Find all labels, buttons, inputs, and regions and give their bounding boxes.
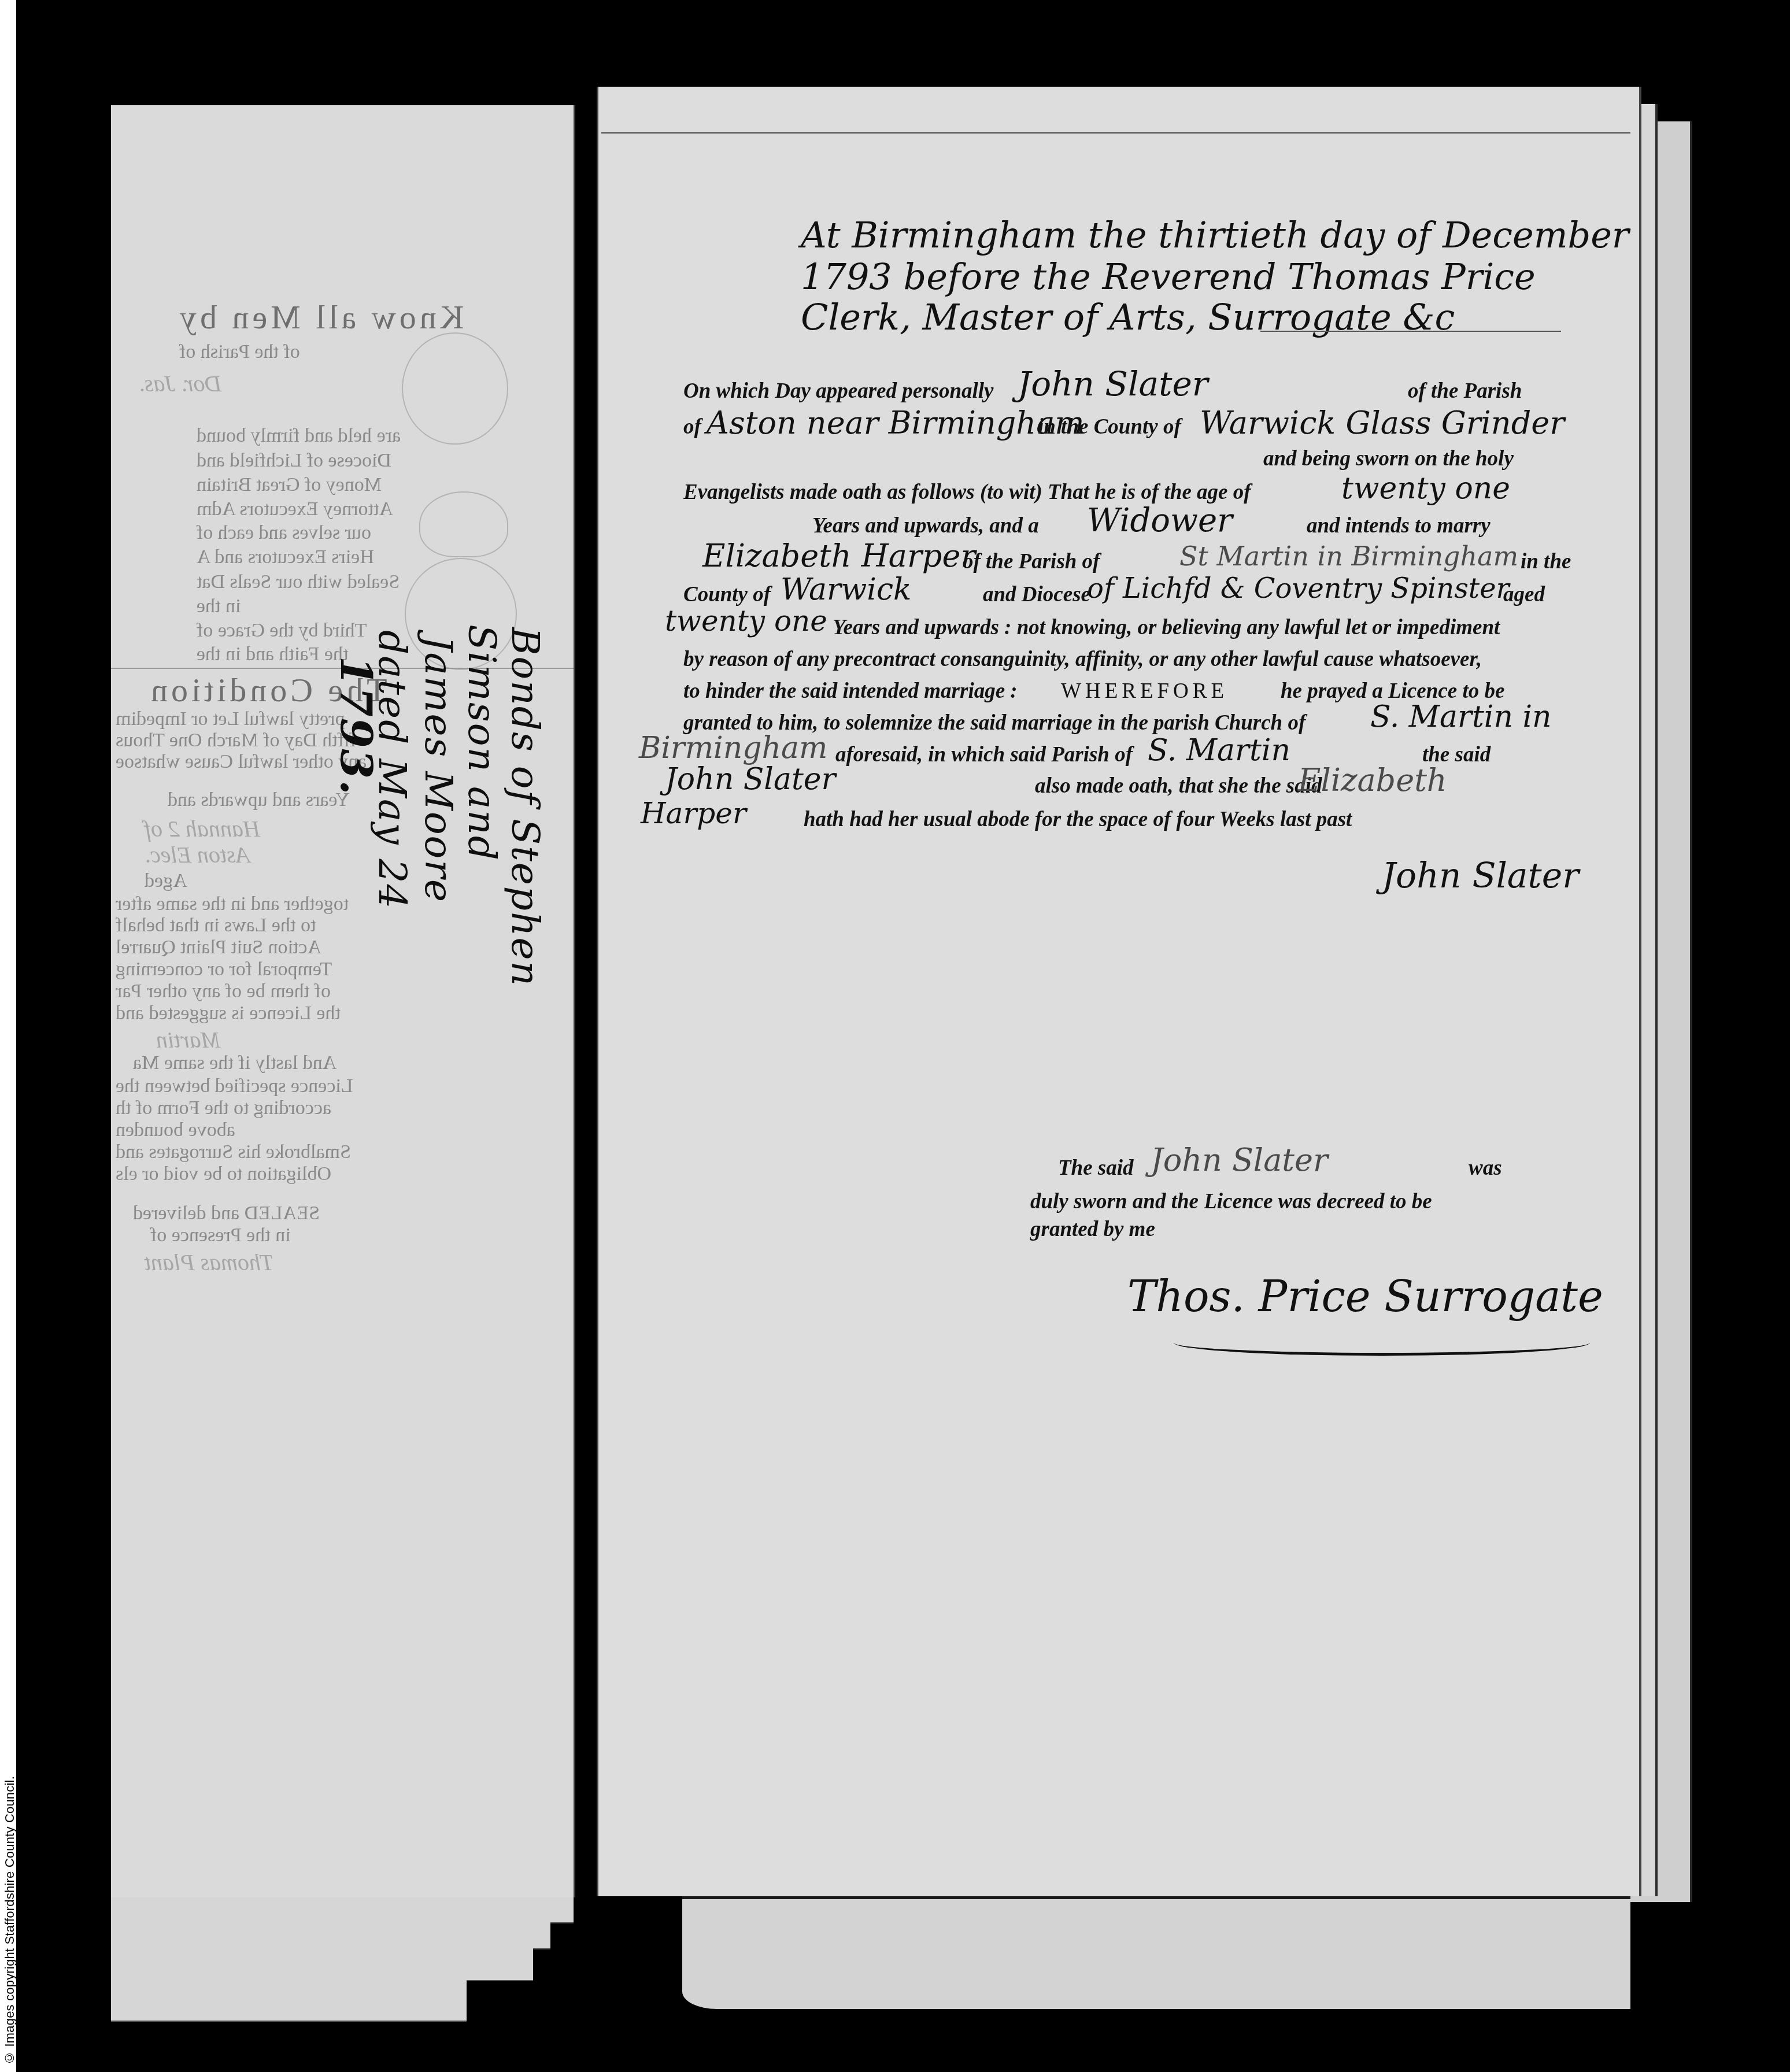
- copyright-strip: © Images copyright Staffordshire County …: [0, 0, 16, 2072]
- crown-stamp: [419, 491, 508, 557]
- print-text: Evangelists made oath as follows (to wit…: [683, 480, 1251, 505]
- print-text: The said: [1058, 1156, 1134, 1181]
- bond-line: fifth Day of March One Thous: [116, 730, 356, 752]
- bond-line: Sealed with our Seals Dat: [197, 571, 400, 593]
- heading-line: 1793 before the Reverend Thomas Price: [801, 256, 1536, 298]
- heading-line: Clerk, Master of Arts, Surrogate &c: [801, 296, 1455, 338]
- print-text: and being sworn on the holy: [1263, 446, 1514, 471]
- print-text: in the County of: [1038, 415, 1181, 439]
- bond-line: according to the Form of th: [116, 1097, 331, 1119]
- bond-line: above bounden: [116, 1119, 235, 1141]
- bond-line: Aged: [145, 870, 187, 892]
- print-text-caps: WHEREFORE: [1061, 679, 1228, 704]
- bond-line: the Licence is suggested and: [116, 1002, 341, 1024]
- bond-line: together and in the same after: [116, 893, 349, 915]
- endorsement-line: Simson and: [460, 624, 504, 861]
- print-text: in the: [1521, 549, 1571, 574]
- bond-line: Diocese of Lichfield and: [197, 450, 391, 472]
- bond-hand: Thomas Plant: [145, 1249, 273, 1276]
- deponent-signature: John Slater: [1382, 856, 1579, 896]
- heading-rule: [1260, 331, 1561, 332]
- deponent-parish: Aston near Birmingham: [707, 405, 1085, 441]
- bond-heading: Know all Men by: [176, 298, 464, 336]
- endorsement-line: Bonds of Stephen: [503, 627, 548, 987]
- bond-line: Years and upwards and: [168, 789, 350, 811]
- bride-diocese-status: of Lichfd & Coventry Spinster: [1087, 572, 1510, 605]
- print-text: was: [1469, 1156, 1502, 1181]
- print-text: to hinder the said intended marriage :: [683, 679, 1018, 704]
- deponent-age: twenty one: [1341, 471, 1510, 506]
- bond-line: Smalbroke his Surrogates and: [116, 1141, 351, 1163]
- print-text: County of: [683, 582, 771, 607]
- resident-surname: Harper: [641, 797, 746, 830]
- bond-line: Attorney Executors Adm: [197, 498, 393, 520]
- copyright-notice: © Images copyright Staffordshire County …: [2, 1776, 17, 2065]
- bond-line: Action Suit Plaint Quarrel: [116, 937, 321, 959]
- bond-line: to the Laws in that behalf: [116, 915, 316, 937]
- bond-line: the Faith and in the: [197, 643, 349, 665]
- print-text: Years and upwards : not knowing, or beli…: [833, 615, 1500, 640]
- page-top-edge: [601, 132, 1630, 134]
- bond-line: Money of Great Britain: [197, 474, 382, 496]
- deponent-county-occupation: Warwick Glass Grinder: [1200, 405, 1565, 441]
- bond-hand: Hannah 2 of: [145, 815, 260, 842]
- print-text: also made oath, that she the said: [1035, 774, 1322, 798]
- bond-line: Third by the Grace of: [197, 620, 367, 642]
- print-text: of the Parish of: [963, 549, 1100, 574]
- church-name: S. Martin in: [1370, 700, 1552, 734]
- print-text: Years and upwards, and a: [812, 513, 1039, 538]
- endorsement-year: 1793.: [331, 656, 380, 796]
- print-text: of: [683, 415, 701, 439]
- bond-line: any other lawful Cause whatsoe: [116, 751, 367, 773]
- signature-flourish: [1174, 1330, 1590, 1356]
- bond-line: of the Parish of: [179, 341, 300, 363]
- bond-line: Temporal for or concerning: [116, 959, 332, 980]
- bride-name: Elizabeth Harper: [702, 538, 975, 574]
- print-text: and intends to marry: [1307, 513, 1491, 538]
- bond-line: in the: [197, 595, 241, 617]
- bond-hand: Aston Elec.: [145, 841, 250, 868]
- bride-age: twenty one: [665, 604, 827, 638]
- page-edge-tab: [111, 1893, 574, 1923]
- affidavit-page: [597, 87, 1641, 1896]
- page-bottom-flap: [682, 1896, 1630, 2009]
- print-text: and Diocese: [983, 582, 1090, 607]
- deponent-name: John Slater: [1018, 364, 1208, 404]
- page-edge-tab: [111, 1980, 467, 2022]
- print-text: aforesaid, in which said Parish of: [835, 742, 1133, 767]
- bond-line: And lastly if the same Ma: [133, 1052, 336, 1074]
- bond-line: Heirs Executors and A: [197, 546, 374, 568]
- page-edge-tab: [111, 1922, 550, 1949]
- bond-line: of them be of any other Par: [116, 980, 331, 1002]
- print-text: On which Day appeared personally: [683, 379, 994, 404]
- church-town: Birmingham: [639, 731, 827, 765]
- heading-line: At Birmingham the thirtieth day of Decem…: [801, 214, 1629, 256]
- bond-line: SEALED and delivered: [133, 1202, 320, 1224]
- decree-name: John Slater: [1151, 1142, 1328, 1178]
- bond-line: Obligation to be void or els: [116, 1163, 331, 1185]
- page-edge-tab: [111, 1948, 533, 1981]
- deponent-status: Widower: [1087, 502, 1233, 539]
- parish-name: S. Martin: [1148, 733, 1290, 768]
- resident-name: Elizabeth: [1298, 762, 1447, 798]
- print-text: hath had her usual abode for the space o…: [804, 807, 1352, 832]
- bond-line: Licence specified between the: [116, 1075, 353, 1097]
- print-text: by reason of any precontract consanguini…: [683, 647, 1482, 672]
- endorsement-line: James Moore: [416, 636, 461, 903]
- bond-line: pretty lawful Let or Impedim: [116, 708, 345, 730]
- residence-deponent: John Slater: [665, 762, 835, 797]
- bond-line: are held and firmly bound: [197, 425, 401, 447]
- duty-stamp: [402, 332, 508, 445]
- bride-parish: St Martin in Birmingham: [1179, 541, 1518, 572]
- print-text: duly sworn and the Licence was decreed t…: [1030, 1189, 1432, 1214]
- bride-county: Warwick: [781, 572, 912, 607]
- print-text: granted by me: [1030, 1217, 1155, 1242]
- bond-hand: Martin: [156, 1026, 220, 1053]
- print-text: aged: [1503, 582, 1545, 607]
- print-text: of the Parish: [1408, 379, 1522, 404]
- bond-hand: Dor. Jas.: [139, 370, 221, 397]
- bond-line: our selves and each of: [197, 522, 371, 544]
- surrogate-signature: Thos. Price Surrogate: [1127, 1272, 1603, 1322]
- bond-line: in the Presence of: [150, 1224, 291, 1246]
